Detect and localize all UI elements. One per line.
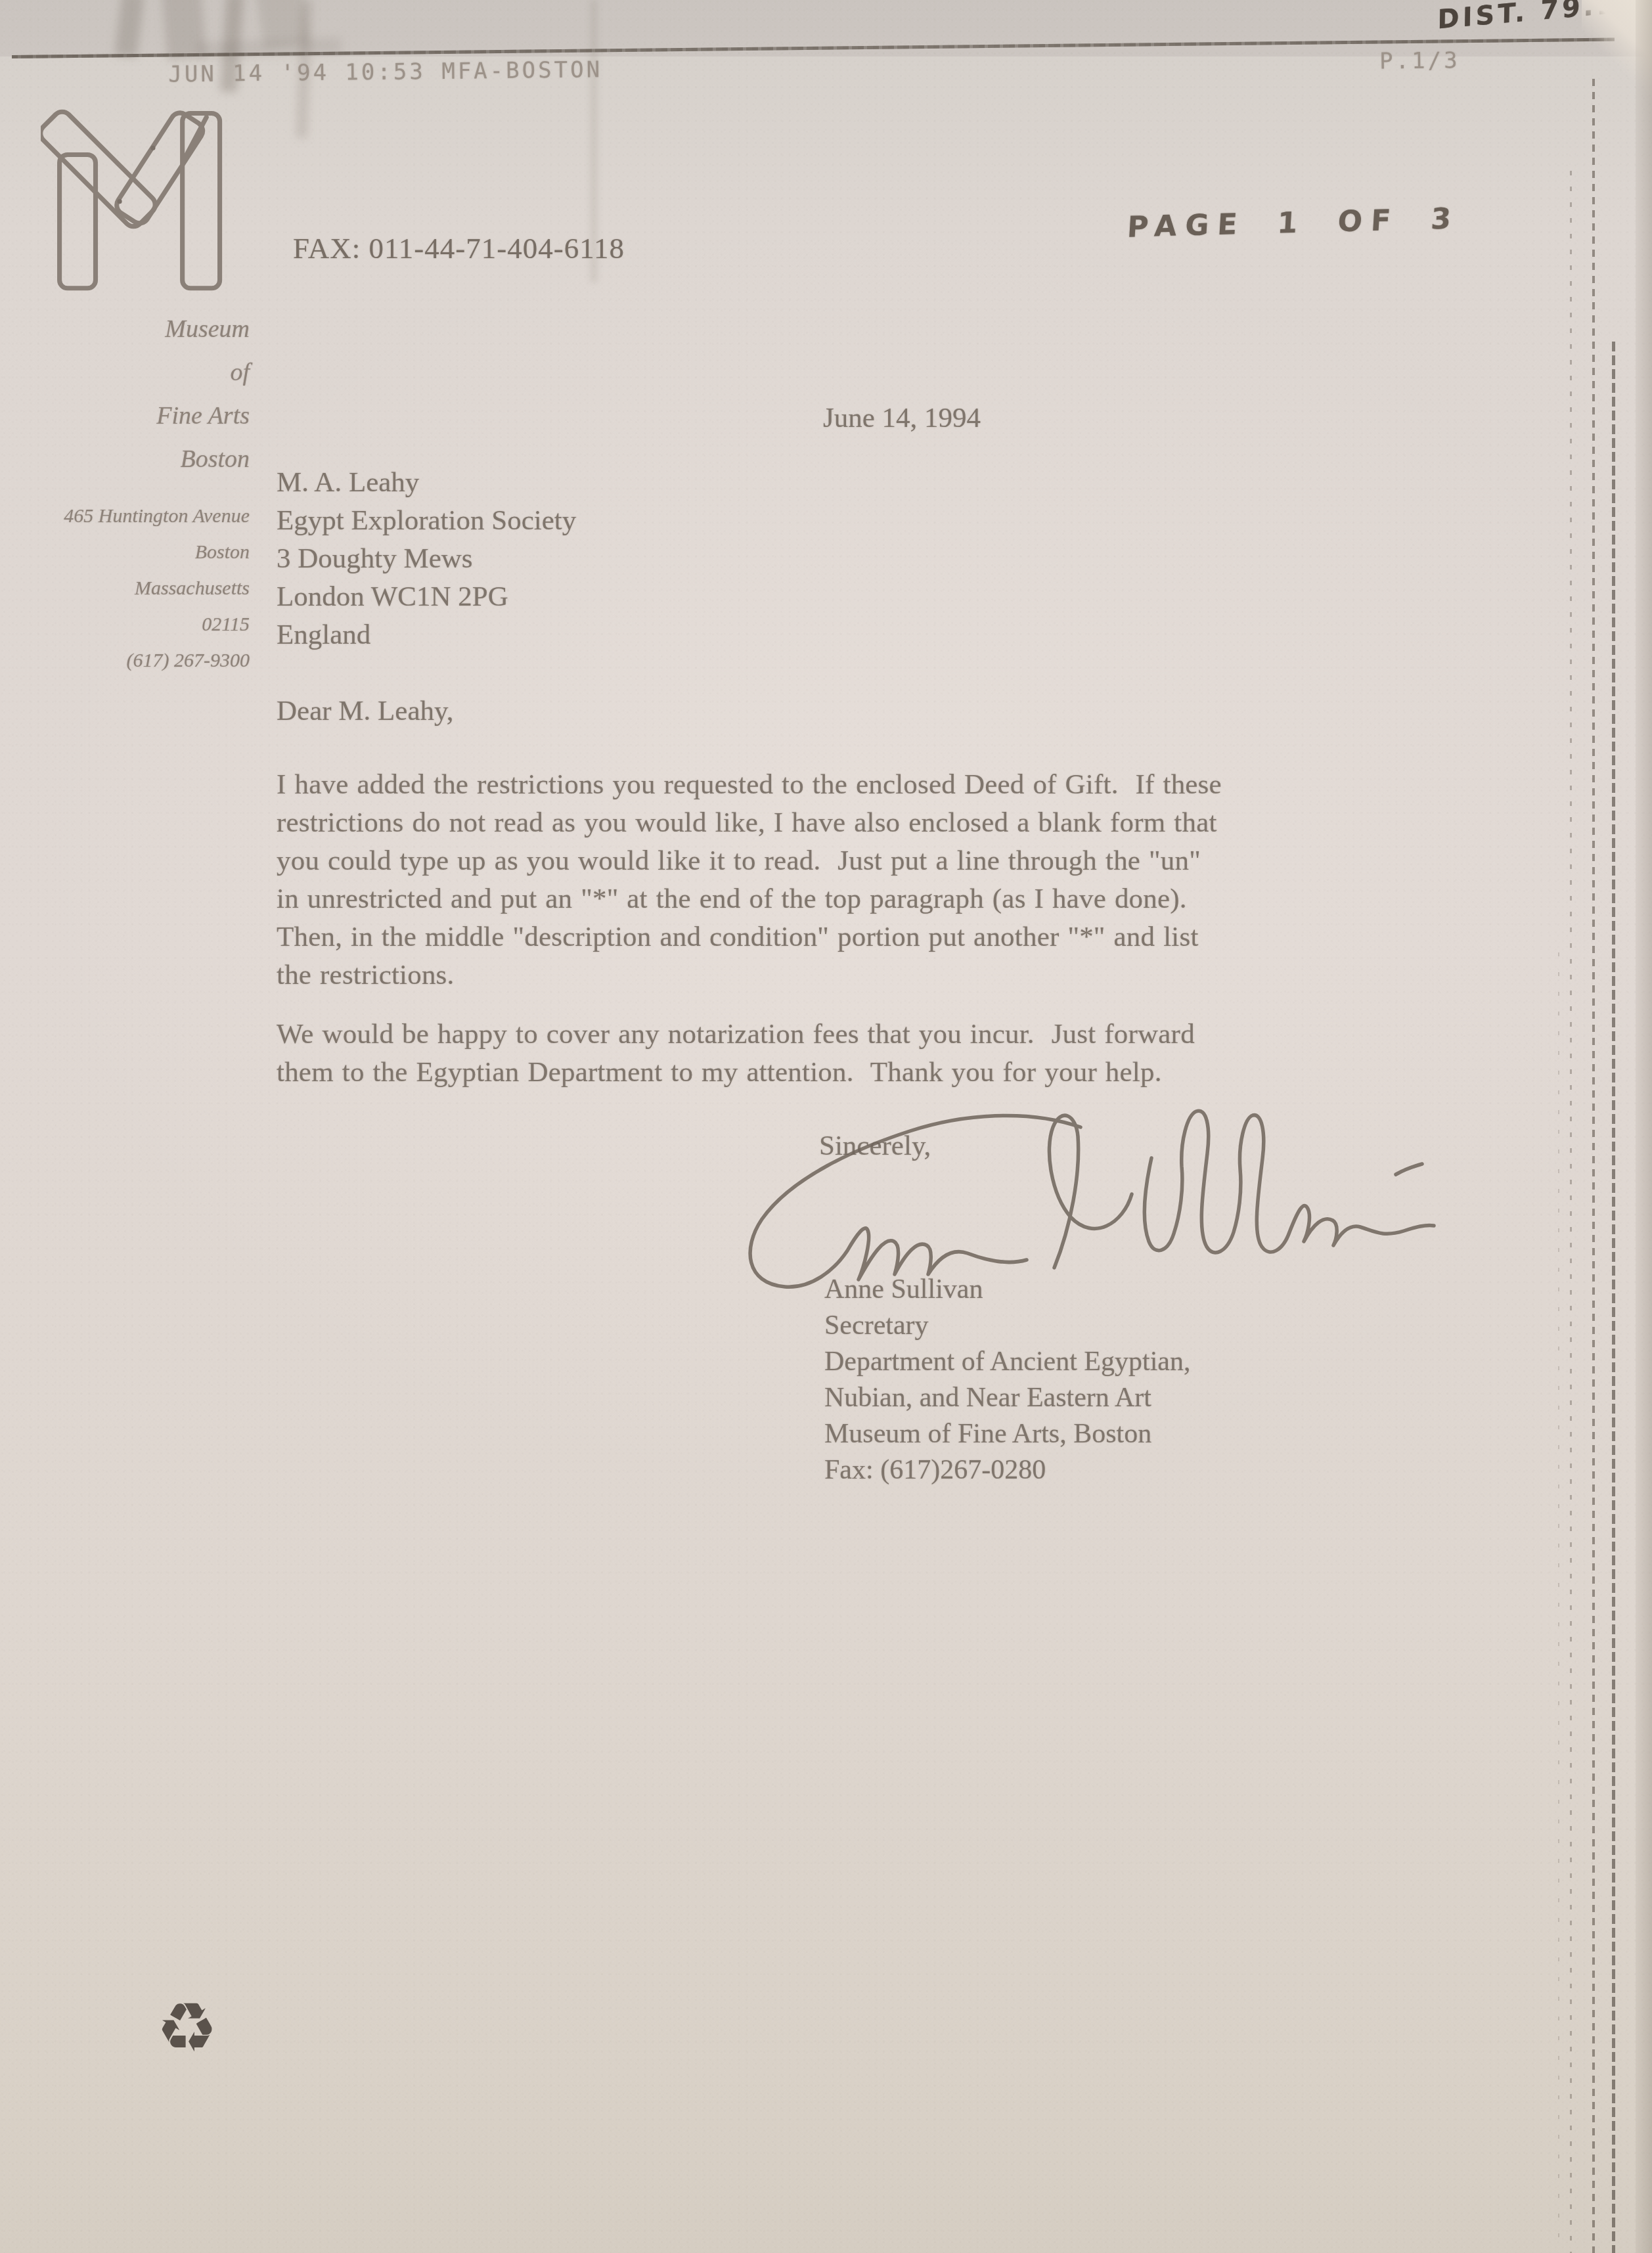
body-line: them to the Egyptian Department to my at… xyxy=(277,1054,1195,1092)
body-paragraph-1: I have added the restrictions you reques… xyxy=(277,766,1222,994)
address-line: 465 Huntington Avenue xyxy=(25,498,250,534)
recipient-line: London WC1N 2PG xyxy=(277,578,576,616)
handwritten-page-note: PAGE 1 OF 3 xyxy=(1127,202,1461,244)
address-line: 02115 xyxy=(25,606,250,642)
letterhead-institution: Museum of Fine Arts Boston xyxy=(25,307,250,481)
body-line: I have added the restrictions you reques… xyxy=(277,766,1222,804)
address-line: Boston xyxy=(25,534,250,570)
fax-letter-page: DIST. 79.11 JUN 14 '94 10:53 MFA-BOSTON … xyxy=(0,0,1652,2253)
recipient-line: 3 Doughty Mews xyxy=(277,540,576,578)
signature-line: Department of Ancient Egyptian, xyxy=(824,1344,1191,1380)
page-edge-shadow xyxy=(1636,0,1652,2253)
body-line: the restrictions. xyxy=(277,956,1222,994)
scan-noise-line xyxy=(1592,79,1595,2253)
letter-date: June 14, 1994 xyxy=(823,402,981,434)
body-line: Then, in the middle "description and con… xyxy=(277,918,1222,956)
recipient-line: Egypt Exploration Society xyxy=(277,502,576,540)
institution-line: Fine Arts xyxy=(25,394,250,437)
salutation: Dear M. Leahy, xyxy=(277,695,453,727)
scan-noise-line xyxy=(1612,342,1615,2253)
signature-line: Fax: (617)267-0280 xyxy=(824,1452,1191,1488)
body-line: We would be happy to cover any notarizat… xyxy=(277,1015,1195,1054)
signature-line: Nubian, and Near Eastern Art xyxy=(824,1380,1191,1416)
address-line: (617) 267-9300 xyxy=(25,642,250,679)
body-line: you could type up as you would like it t… xyxy=(277,842,1222,880)
scan-noise-line xyxy=(1558,952,1559,2253)
body-line: in unrestricted and put an "*" at the en… xyxy=(277,880,1222,918)
scan-noise-line xyxy=(1570,171,1572,2253)
fax-page-indicator: P.1/3 xyxy=(1379,47,1460,74)
mfa-logo-icon xyxy=(41,96,231,296)
recycle-icon: ♻ xyxy=(156,1988,217,2068)
recipient-block: M. A. Leahy Egypt Exploration Society 3 … xyxy=(277,464,576,654)
signature-line: Anne Sullivan xyxy=(824,1272,1191,1308)
recipient-line: England xyxy=(277,616,576,654)
body-paragraph-2: We would be happy to cover any notarizat… xyxy=(277,1015,1195,1092)
address-line: Massachusetts xyxy=(25,570,250,606)
institution-line: of xyxy=(25,351,250,394)
letterhead-fax-number: FAX: 011-44-71-404-6118 xyxy=(293,231,625,265)
institution-line: Museum xyxy=(25,307,250,351)
body-line: restrictions do not read as you would li… xyxy=(277,804,1222,842)
fax-timestamp: JUN 14 '94 10:53 MFA-BOSTON xyxy=(168,56,602,87)
signature-line: Museum of Fine Arts, Boston xyxy=(824,1416,1191,1452)
letterhead-address: 465 Huntington Avenue Boston Massachuset… xyxy=(25,498,250,679)
institution-line: Boston xyxy=(25,437,250,481)
recipient-line: M. A. Leahy xyxy=(277,464,576,502)
signature-block: Anne Sullivan Secretary Department of An… xyxy=(824,1272,1191,1488)
signature-line: Secretary xyxy=(824,1308,1191,1344)
